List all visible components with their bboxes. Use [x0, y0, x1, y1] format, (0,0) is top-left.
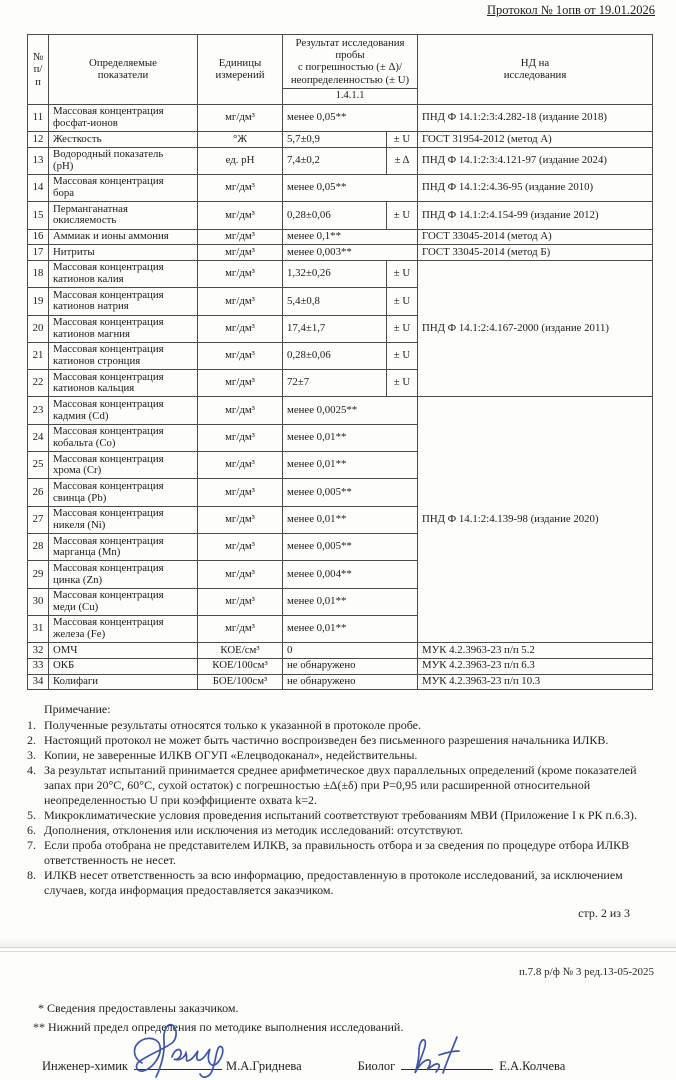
cell-uncertainty-type: ± U: [387, 370, 418, 397]
cell-result: не обнаружено: [283, 658, 418, 674]
cell-row-number: 23: [28, 397, 49, 424]
cell-method-document: ПНД Ф 14.1:2:4.167-2000 (издание 2011): [418, 260, 653, 397]
note-item: 6.Дополнения, отклонения или исключения …: [27, 823, 663, 838]
cell-uncertainty-type: ± U: [387, 260, 418, 287]
signature-name-chemist: М.А.Гриднева: [226, 1059, 302, 1073]
cell-indicator: Водородный показатель (рН): [49, 147, 198, 174]
table-row: 23Массовая концентрация кадмия (Cd)мг/дм…: [28, 397, 653, 424]
cell-method-document: ПНД Ф 14.1:2:3:4.282-18 (издание 2018): [418, 104, 653, 131]
cell-row-number: 18: [28, 260, 49, 287]
table-row: 33ОКБКОЕ/100см³не обнаруженоМУК 4.2.3963…: [28, 658, 653, 674]
cell-method-document: ГОСТ 31954-2012 (метод А): [418, 132, 653, 148]
cell-uncertainty-type: ± U: [387, 202, 418, 229]
cell-units: мг/дм³: [198, 588, 283, 615]
cell-result: менее 0,005**: [283, 479, 418, 506]
results-table-header: № п/п Определяемые показатели Единицы из…: [28, 35, 653, 105]
page-break-divider: [0, 947, 676, 952]
table-row: 14Массовая концентрация борамг/дм³менее …: [28, 174, 653, 201]
cell-row-number: 24: [28, 424, 49, 451]
signature-role-biologist: Биолог: [358, 1059, 396, 1073]
cell-row-number: 20: [28, 315, 49, 342]
signature-kolcheva-icon: [395, 1029, 465, 1080]
col-header-method: НД на исследования: [418, 35, 653, 105]
note-item: 4.За результат испытаний принимается сре…: [27, 763, 663, 808]
cell-result: менее 0,01**: [283, 615, 418, 642]
scan-page-edge-shadow: [0, 938, 676, 947]
cell-row-number: 13: [28, 147, 49, 174]
cell-result: 7,4±0,2: [283, 147, 387, 174]
notes-list: 1.Полученные результаты относятся только…: [27, 718, 663, 898]
cell-indicator: Аммиак и ионы аммония: [49, 229, 198, 245]
note-number: 6.: [27, 823, 36, 838]
note-text: Копии, не заверенные ИЛКВ ОГУП «Елецводо…: [44, 748, 417, 762]
cell-indicator: Массовая концентрация бора: [49, 174, 198, 201]
cell-result: менее 0,1**: [283, 229, 418, 245]
cell-result: менее 0,004**: [283, 561, 418, 588]
table-row: 13Водородный показатель (рН)ед. рН7,4±0,…: [28, 147, 653, 174]
cell-units: мг/дм³: [198, 229, 283, 245]
cell-units: °Ж: [198, 132, 283, 148]
cell-result: менее 0,01**: [283, 424, 418, 451]
cell-row-number: 29: [28, 561, 49, 588]
cell-units: мг/дм³: [198, 342, 283, 369]
cell-method-document: ПНД Ф 14.1:2:4.36-95 (издание 2010): [418, 174, 653, 201]
cell-uncertainty-type: ± U: [387, 132, 418, 148]
cell-units: мг/дм³: [198, 260, 283, 287]
cell-row-number: 16: [28, 229, 49, 245]
cell-method-document: ГОСТ 33045-2014 (метод Б): [418, 245, 653, 261]
note-item: 2.Настоящий протокол не может быть части…: [27, 733, 663, 748]
note-number: 8.: [27, 868, 36, 883]
table-row: 15Перманганатная окисляемостьмг/дм³0,28±…: [28, 202, 653, 229]
cell-row-number: 21: [28, 342, 49, 369]
cell-result: менее 0,05**: [283, 104, 418, 131]
cell-units: мг/дм³: [198, 479, 283, 506]
cell-indicator: Массовая концентрация катионов стронция: [49, 342, 198, 369]
cell-row-number: 27: [28, 506, 49, 533]
cell-units: мг/дм³: [198, 104, 283, 131]
cell-units: мг/дм³: [198, 506, 283, 533]
note-item: 1.Полученные результаты относятся только…: [27, 718, 663, 733]
cell-row-number: 34: [28, 674, 49, 690]
cell-result: не обнаружено: [283, 674, 418, 690]
signature-line-biologist: [401, 1055, 493, 1070]
note-text: Настоящий протокол не может быть частичн…: [44, 733, 608, 747]
cell-row-number: 31: [28, 615, 49, 642]
results-table: № п/п Определяемые показатели Единицы из…: [27, 34, 653, 690]
cell-uncertainty-type: ± Δ: [387, 147, 418, 174]
cell-units: мг/дм³: [198, 615, 283, 642]
cell-uncertainty-type: ± U: [387, 288, 418, 315]
note-text: Дополнения, отклонения или исключения из…: [44, 823, 463, 837]
footnote-asterisk: * Сведения предоставлены заказчиком.: [38, 1001, 239, 1016]
note-number: 4.: [27, 763, 36, 778]
cell-result: менее 0,0025**: [283, 397, 418, 424]
note-item: 5.Микроклиматические условия проведения …: [27, 808, 663, 823]
cell-indicator: Массовая концентрация цинка (Zn): [49, 561, 198, 588]
cell-result: 0,28±0,06: [283, 342, 387, 369]
notes-title: Примечание:: [27, 702, 663, 717]
table-row: 17Нитритымг/дм³менее 0,003**ГОСТ 33045-2…: [28, 245, 653, 261]
cell-units: мг/дм³: [198, 424, 283, 451]
cell-method-document: ПНД Ф 14.1:2:4.139-98 (издание 2020): [418, 397, 653, 643]
col-header-result: Результат исследования пробы с погрешнос…: [283, 35, 418, 89]
cell-units: мг/дм³: [198, 202, 283, 229]
page-number: стр. 2 из 3: [27, 906, 630, 921]
cell-result: 0: [283, 643, 418, 659]
protocol-reference: Протокол № 1опв от 19.01.2026: [487, 3, 655, 18]
cell-units: мг/дм³: [198, 370, 283, 397]
cell-method-document: МУК 4.2.3963-23 п/п 6.3: [418, 658, 653, 674]
table-row: 18Массовая концентрация катионов калиямг…: [28, 260, 653, 287]
cell-units: мг/дм³: [198, 288, 283, 315]
cell-row-number: 17: [28, 245, 49, 261]
cell-result: менее 0,05**: [283, 174, 418, 201]
cell-row-number: 14: [28, 174, 49, 201]
cell-result: менее 0,01**: [283, 452, 418, 479]
cell-indicator: Массовая концентрация железа (Fe): [49, 615, 198, 642]
cell-uncertainty-type: ± U: [387, 315, 418, 342]
cell-units: мг/дм³: [198, 534, 283, 561]
cell-indicator: Массовая концентрация никеля (Ni): [49, 506, 198, 533]
cell-indicator: Массовая концентрация хрома (Cr): [49, 452, 198, 479]
cell-result: 5,4±0,8: [283, 288, 387, 315]
note-item: 7.Если проба отобрана не представителем …: [27, 838, 663, 868]
cell-units: КОЕ/см³: [198, 643, 283, 659]
cell-indicator: Массовая концентрация свинца (Pb): [49, 479, 198, 506]
cell-indicator: Массовая концентрация катионов магния: [49, 315, 198, 342]
cell-uncertainty-type: ± U: [387, 342, 418, 369]
cell-indicator: Массовая концентрация катионов натрия: [49, 288, 198, 315]
signature-line-chemist: [134, 1055, 222, 1070]
cell-row-number: 25: [28, 452, 49, 479]
cell-units: мг/дм³: [198, 452, 283, 479]
note-number: 7.: [27, 838, 36, 853]
protocol-page-2: Протокол № 1опв от 19.01.2026 № п/п Опре…: [0, 0, 676, 1080]
cell-row-number: 12: [28, 132, 49, 148]
cell-result: 17,4±1,7: [283, 315, 387, 342]
table-row: 16Аммиак и ионы аммониямг/дм³менее 0,1**…: [28, 229, 653, 245]
cell-indicator: Массовая концентрация катионов калия: [49, 260, 198, 287]
form-reference: п.7.8 р/ф № 3 ред.13-05-2025: [519, 966, 654, 978]
cell-method-document: ПНД Ф 14.1:2:4.154-99 (издание 2012): [418, 202, 653, 229]
cell-method-document: МУК 4.2.3963-23 п/п 5.2: [418, 643, 653, 659]
cell-indicator: Массовая концентрация кобальта (Со): [49, 424, 198, 451]
cell-units: ед. рН: [198, 147, 283, 174]
cell-result: менее 0,01**: [283, 588, 418, 615]
signature-role-chemist: Инженер-химик: [42, 1059, 128, 1073]
cell-indicator: Массовая концентрация меди (Cu): [49, 588, 198, 615]
page-content: № п/п Определяемые показатели Единицы из…: [27, 34, 652, 921]
note-number: 1.: [27, 718, 36, 733]
cell-row-number: 15: [28, 202, 49, 229]
cell-units: КОЕ/100см³: [198, 658, 283, 674]
cell-row-number: 33: [28, 658, 49, 674]
cell-row-number: 26: [28, 479, 49, 506]
note-text: Микроклиматические условия проведения ис…: [44, 808, 637, 822]
note-item: 8.ИЛКВ несет ответственность за всю инфо…: [27, 868, 663, 898]
col-header-num: № п/п: [28, 35, 49, 105]
note-text: За результат испытаний принимается средн…: [44, 763, 637, 807]
cell-result: менее 0,003**: [283, 245, 418, 261]
cell-indicator: Массовая концентрация кадмия (Cd): [49, 397, 198, 424]
col-header-result-sub: 1.4.1.1: [283, 88, 418, 104]
cell-result: 5,7±0,9: [283, 132, 387, 148]
cell-row-number: 11: [28, 104, 49, 131]
cell-indicator: ОКБ: [49, 658, 198, 674]
cell-units: мг/дм³: [198, 174, 283, 201]
cell-units: мг/дм³: [198, 315, 283, 342]
cell-row-number: 28: [28, 534, 49, 561]
table-row: 34КолифагиБОЕ/100см³не обнаруженоМУК 4.2…: [28, 674, 653, 690]
cell-indicator: Массовая концентрация катионов кальция: [49, 370, 198, 397]
cell-row-number: 32: [28, 643, 49, 659]
cell-indicator: ОМЧ: [49, 643, 198, 659]
cell-units: мг/дм³: [198, 245, 283, 261]
cell-method-document: ГОСТ 33045-2014 (метод А): [418, 229, 653, 245]
cell-result: менее 0,01**: [283, 506, 418, 533]
signature-gridneva-icon: [128, 1019, 232, 1080]
cell-indicator: Жесткость: [49, 132, 198, 148]
cell-method-document: МУК 4.2.3963-23 п/п 10.3: [418, 674, 653, 690]
cell-result: 72±7: [283, 370, 387, 397]
results-table-body: 11Массовая концентрация фосфат-ионовмг/д…: [28, 104, 653, 690]
note-number: 5.: [27, 808, 36, 823]
cell-indicator: Массовая концентрация фосфат-ионов: [49, 104, 198, 131]
notes-section: Примечание: 1.Полученные результаты отно…: [27, 702, 663, 898]
cell-result: 1,32±0,26: [283, 260, 387, 287]
cell-indicator: Массовая концентрация марганца (Mn): [49, 534, 198, 561]
cell-result: менее 0,005**: [283, 534, 418, 561]
cell-row-number: 19: [28, 288, 49, 315]
cell-row-number: 22: [28, 370, 49, 397]
note-text: Если проба отобрана не представителем ИЛ…: [44, 838, 629, 867]
cell-indicator: Нитриты: [49, 245, 198, 261]
col-header-units: Единицы измерений: [198, 35, 283, 105]
cell-row-number: 30: [28, 588, 49, 615]
cell-indicator: Колифаги: [49, 674, 198, 690]
cell-units: мг/дм³: [198, 561, 283, 588]
table-row: 12Жесткость°Ж5,7±0,9± UГОСТ 31954-2012 (…: [28, 132, 653, 148]
note-text: Полученные результаты относятся только к…: [44, 718, 421, 732]
cell-units: БОЕ/100см³: [198, 674, 283, 690]
table-row: 11Массовая концентрация фосфат-ионовмг/д…: [28, 104, 653, 131]
table-row: 32ОМЧКОЕ/см³0МУК 4.2.3963-23 п/п 5.2: [28, 643, 653, 659]
col-header-indicator: Определяемые показатели: [49, 35, 198, 105]
cell-result: 0,28±0,06: [283, 202, 387, 229]
signature-row: Инженер-химикМ.А.ГридневаБиологЕ.А.Колче…: [42, 1055, 652, 1074]
note-number: 3.: [27, 748, 36, 763]
note-text: ИЛКВ несет ответственность за всю информ…: [44, 868, 623, 897]
signature-name-biologist: Е.А.Колчева: [499, 1059, 565, 1073]
cell-units: мг/дм³: [198, 397, 283, 424]
cell-method-document: ПНД Ф 14.1:2:3:4.121-97 (издание 2024): [418, 147, 653, 174]
note-number: 2.: [27, 733, 36, 748]
cell-indicator: Перманганатная окисляемость: [49, 202, 198, 229]
note-item: 3.Копии, не заверенные ИЛКВ ОГУП «Елецво…: [27, 748, 663, 763]
